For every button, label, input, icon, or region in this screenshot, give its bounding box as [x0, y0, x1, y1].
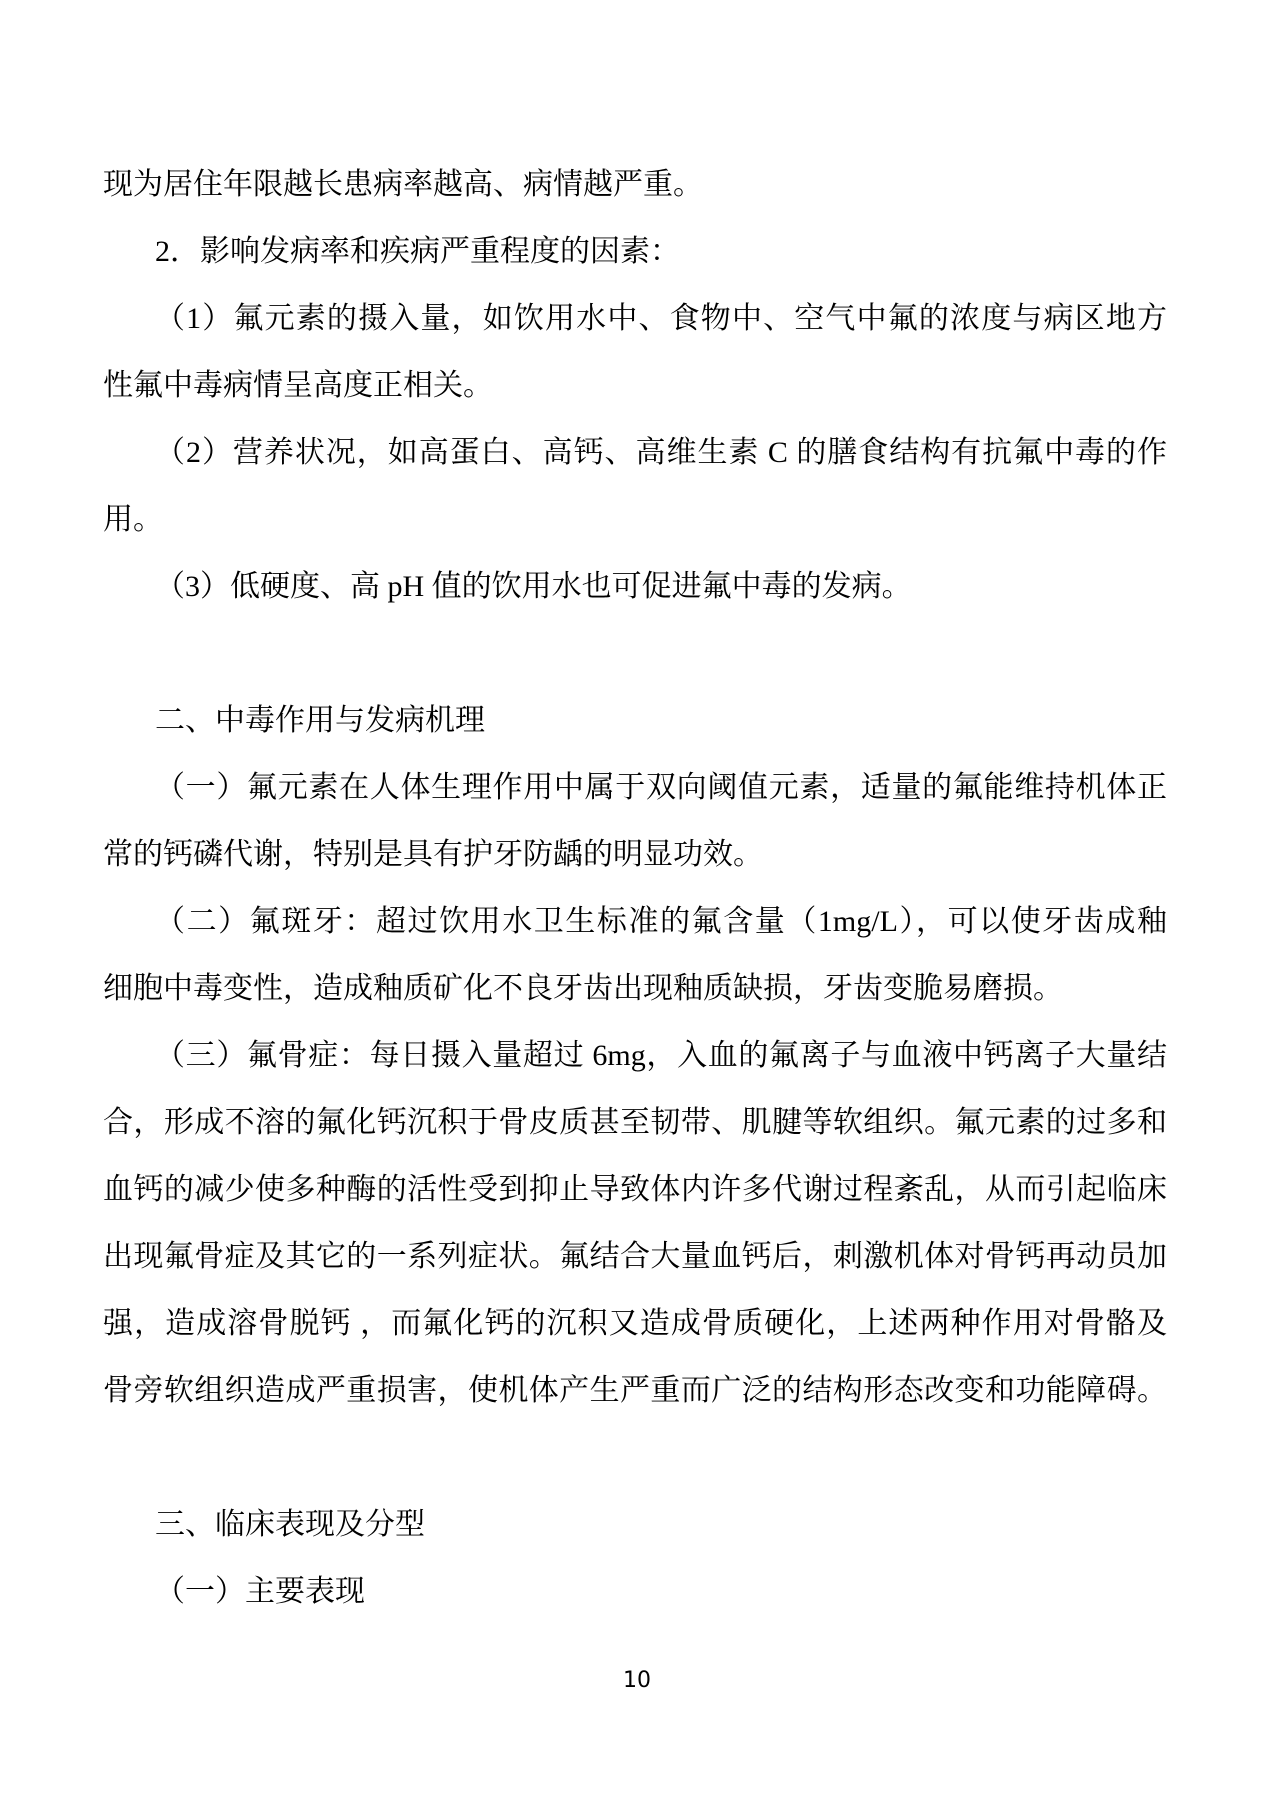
page-number: 10 — [0, 1666, 1274, 1696]
document-page: 现为居住年限越长患病率越高、病情越严重。 2．影响发病率和疾病严重程度的因素： … — [0, 0, 1274, 1801]
blank-line — [103, 620, 1167, 687]
text-line: 血钙的减少使多种酶的活性受到抑止导致体内许多代谢过程紊乱，从而引起临床 — [103, 1156, 1167, 1223]
blank-line — [103, 1424, 1167, 1491]
section-heading: 三、临床表现及分型 — [103, 1491, 1167, 1558]
text-line: （3）低硬度、高 pH 值的饮用水也可促进氟中毒的发病。 — [103, 553, 1167, 620]
text-line: （三）氟骨症：每日摄入量超过 6mg，入血的氟离子与血液中钙离子大量结 — [103, 1022, 1167, 1089]
text-line: （2）营养状况，如高蛋白、高钙、高维生素 C 的膳食结构有抗氟中毒的作 — [103, 419, 1167, 486]
text-line: 出现氟骨症及其它的一系列症状。氟结合大量血钙后，刺激机体对骨钙再动员加 — [103, 1223, 1167, 1290]
text-line: 骨旁软组织造成严重损害，使机体产生严重而广泛的结构形态改变和功能障碍。 — [103, 1357, 1167, 1424]
text-line: （一）氟元素在人体生理作用中属于双向阈值元素，适量的氟能维持机体正 — [103, 754, 1167, 821]
text-line: 细胞中毒变性，造成釉质矿化不良牙齿出现釉质缺损，牙齿变脆易磨损。 — [103, 955, 1167, 1022]
section-heading: （一）主要表现 — [103, 1558, 1167, 1625]
section-heading: 二、中毒作用与发病机理 — [103, 687, 1167, 754]
text-line: （1）氟元素的摄入量，如饮用水中、食物中、空气中氟的浓度与病区地方 — [103, 285, 1167, 352]
text-line: 性氟中毒病情呈高度正相关。 — [103, 352, 1167, 419]
text-line: 用。 — [103, 486, 1167, 553]
text-line: 合，形成不溶的氟化钙沉积于骨皮质甚至韧带、肌腱等软组织。氟元素的过多和 — [103, 1089, 1167, 1156]
page-body: 现为居住年限越长患病率越高、病情越严重。 2．影响发病率和疾病严重程度的因素： … — [103, 151, 1167, 1625]
text-line: 现为居住年限越长患病率越高、病情越严重。 — [103, 151, 1167, 218]
text-line: 常的钙磷代谢，特别是具有护牙防龋的明显功效。 — [103, 821, 1167, 888]
text-line: 强，造成溶骨脱钙 ，而氟化钙的沉积又造成骨质硬化，上述两种作用对骨骼及 — [103, 1290, 1167, 1357]
text-line: 2．影响发病率和疾病严重程度的因素： — [103, 218, 1167, 285]
text-line: （二）氟斑牙：超过饮用水卫生标准的氟含量（1mg/L），可以使牙齿成釉 — [103, 888, 1167, 955]
